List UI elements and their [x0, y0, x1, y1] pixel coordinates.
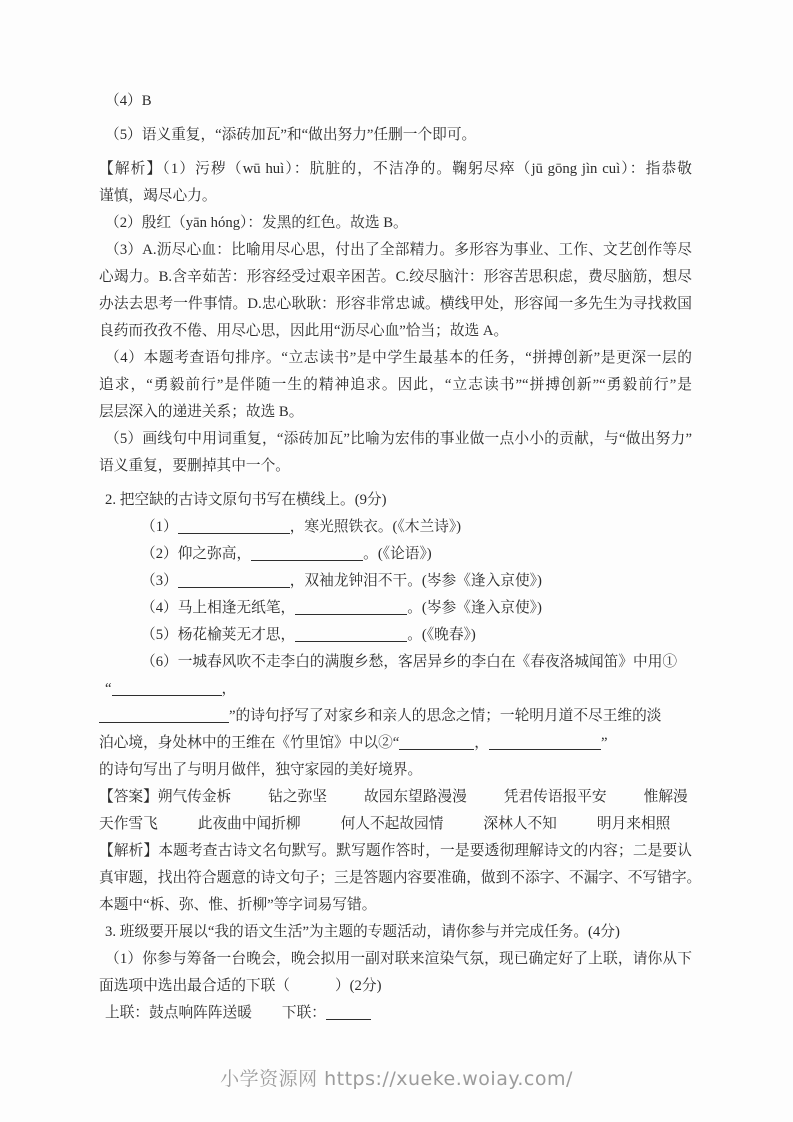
text-segment: 天作雪飞 — [99, 816, 158, 832]
text-line: ”的诗句抒写了对家乡和亲人的思念之情；一轮明月道不尽王维的淡 — [99, 703, 692, 730]
text-segment: 。(岑参《逢入京使》) — [407, 600, 542, 616]
text-line: （3）A.沥尽心血：比喻用尽心思，付出了全部精力。多形容为事业、工作、文艺创作等… — [99, 237, 692, 264]
spacing-gap — [252, 1016, 282, 1017]
text-line: 【解析】本题考查古诗文名句默写。默写题作答时，一是要透彻理解诗文的内容；二是要认 — [99, 838, 692, 865]
text-segment: ” — [601, 735, 608, 751]
text-line: （5）杨花榆荚无才思，。(《晚春》) — [99, 622, 692, 649]
text-segment: （4）本题考查语句排序。“立志读书”是中学生最基本的任务，“拼搏创新”是更深一层… — [105, 350, 692, 366]
text-line: （2）仰之弥高，。(《论语》) — [99, 541, 692, 568]
text-segment: 良药而孜孜不倦、用尽心思，因此用“沥尽心血”恰当；故选 A。 — [99, 323, 508, 339]
text-segment: 层层深入的递进关系；故选 B。 — [99, 404, 303, 420]
text-segment: 凭君传语报平安 — [504, 789, 607, 805]
text-line: 办法去思考一件事情。D.忠心耿耿：形容非常忠诚。横线甲处，形容闻一多先生为寻找救… — [99, 291, 692, 318]
text-segment: （5）杨花榆荚无才思， — [141, 627, 295, 643]
text-segment: （6）一城春风吹不走李白的满腹乡愁，客居异乡的李白在《春夜洛城闻笛》中用① — [141, 654, 677, 670]
text-line: 【答案】朔气传金柝钻之弥坚故园东望路漫漫凭君传语报平安惟解漫 — [99, 784, 692, 811]
answer-blank[interactable] — [178, 574, 290, 588]
text-line: （5）语义重复，“添砖加瓦”和“做出努力”任删一个即可。 — [99, 122, 692, 149]
text-line: （3），双袖龙钟泪不干。(岑参《逢入京使》) — [99, 568, 692, 595]
text-segment: （3）A.沥尽心血：比喻用尽心思，付出了全部精力。多形容为事业、工作、文艺创作等… — [105, 242, 692, 258]
text-segment: 泊心境，身处林中的王维在《竹里馆》中以②“ — [99, 735, 399, 751]
text-line: （1），寒光照铁衣。(《木兰诗》) — [99, 514, 692, 541]
text-segment: （4）B — [105, 93, 152, 109]
text-segment: 下联： — [282, 1005, 326, 1021]
text-line: 【解析】（1）污秽（wū huì）：肮脏的，不洁净的。鞠躬尽瘁（jū gōng … — [99, 156, 692, 183]
watermark-footer: 小学资源网 https://xueke.woiay.com/ — [0, 1064, 793, 1091]
spacing-gap — [158, 827, 198, 828]
text-line: （1）你参与筹备一台晚会，晚会拟用一副对联来渲染气氛，现已确定好了上联，请你从下 — [99, 946, 692, 973]
text-line: 层层深入的递进关系；故选 B。 — [99, 399, 692, 426]
text-line: “， — [99, 676, 692, 703]
text-segment: ，寒光照铁衣。(《木兰诗》) — [290, 519, 461, 535]
text-line: （4）本题考查语句排序。“立志读书”是中学生最基本的任务，“拼搏创新”是更深一层… — [99, 345, 692, 372]
answer-blank[interactable] — [295, 601, 407, 615]
answer-blank[interactable] — [112, 682, 222, 696]
text-segment: （3） — [141, 573, 178, 589]
text-segment: ， — [222, 681, 237, 697]
text-segment: 谨慎，竭尽心力。 — [99, 188, 217, 204]
text-segment: 2. 把空缺的古诗文原句书写在横线上。(9分) — [105, 492, 387, 508]
answer-blank[interactable] — [178, 520, 290, 534]
spacing-gap — [327, 800, 364, 801]
text-segment: ，双袖龙钟泪不干。(岑参《逢入京使》) — [290, 573, 542, 589]
answer-blank[interactable] — [99, 709, 229, 723]
text-segment: （4）马上相逢无纸笔， — [141, 600, 295, 616]
text-line: 谨慎，竭尽心力。 — [99, 183, 692, 210]
spacing-gap — [290, 989, 335, 990]
answer-blank[interactable] — [489, 736, 601, 750]
text-segment: （2）殷红（yān hóng）：发黑的红色。故选 B。 — [105, 215, 408, 231]
text-segment: （1）你参与筹备一台晚会，晚会拟用一副对联来渲染气氛，现已确定好了上联，请你从下 — [105, 951, 692, 967]
text-segment: ， — [474, 735, 489, 751]
text-line: 天作雪飞此夜曲中闻折柳何人不起故园情深林人不知明月来相照 — [99, 811, 692, 838]
exam-answer-page: （4）B（5）语义重复，“添砖加瓦”和“做出努力”任删一个即可。【解析】（1）污… — [0, 0, 793, 1122]
text-segment: 深林人不知 — [483, 816, 556, 832]
text-segment: 何人不起故园情 — [341, 816, 444, 832]
spacing-gap — [557, 827, 597, 828]
text-segment: 惟解漫 — [644, 789, 688, 805]
text-segment: （1） — [141, 519, 178, 535]
text-line: 语义重复，要删掉其中一个。 — [99, 453, 692, 480]
text-segment: 真审题，找出符合题意的诗文句子；三是答题内容要准确，做到不添字、不漏字、不写错字… — [99, 870, 701, 886]
text-segment: ”的诗句抒写了对家乡和亲人的思念之情；一轮明月道不尽王维的淡 — [229, 708, 661, 724]
text-segment: 。(《论语》) — [363, 546, 432, 562]
spacing-gap — [467, 800, 504, 801]
spacing-gap — [607, 800, 644, 801]
answer-blank[interactable] — [251, 547, 363, 561]
text-line: （4）B — [99, 88, 692, 115]
spacing-gap — [443, 827, 483, 828]
text-line: （6）一城春风吹不走李白的满腹乡愁，客居异乡的李白在《春夜洛城闻笛》中用① — [99, 649, 692, 676]
text-segment: 办法去思考一件事情。D.忠心耿耿：形容非常忠诚。横线甲处，形容闻一多先生为寻找救… — [99, 296, 692, 312]
text-segment: 。(《晚春》) — [407, 627, 476, 643]
text-segment: 面选项中选出最合适的下联（ — [99, 978, 290, 994]
text-line: （2）殷红（yān hóng）：发黑的红色。故选 B。 — [99, 210, 692, 237]
text-segment: ）(2分) — [335, 978, 382, 994]
text-segment: 3. 班级要开展以“我的语文生活”为主题的专题活动，请你参与并完成任务。(4分) — [105, 924, 620, 940]
text-line: 的诗句写出了与明月做伴，独守家园的美好境界。 — [99, 757, 692, 784]
spacing-gap — [231, 800, 268, 801]
text-line: （4）马上相逢无纸笔，。(岑参《逢入京使》) — [99, 595, 692, 622]
text-segment: 的诗句写出了与明月做伴，独守家园的美好境界。 — [99, 762, 422, 778]
text-line: 心竭力。B.含辛茹苦：形容经受过艰辛困苦。C.绞尽脑汁：形容苦思积虑，费尽脑筋，… — [99, 264, 692, 291]
text-segment: （5）语义重复，“添砖加瓦”和“做出努力”任删一个即可。 — [105, 127, 476, 143]
text-segment: 本题中“柝、弥、惟、折柳”等字词易写错。 — [99, 897, 376, 913]
text-segment: （5）画线句中用词重复，“添砖加瓦”比喻为宏伟的事业做一点小小的贡献，与“做出努… — [105, 431, 692, 447]
text-line: （5）画线句中用词重复，“添砖加瓦”比喻为宏伟的事业做一点小小的贡献，与“做出努… — [99, 426, 692, 453]
text-segment: 心竭力。B.含辛茹苦：形容经受过艰辛困苦。C.绞尽脑汁：形容苦思积虑，费尽脑筋，… — [99, 269, 692, 285]
text-line: 良药而孜孜不倦、用尽心思，因此用“沥尽心血”恰当；故选 A。 — [99, 318, 692, 345]
text-line: 3. 班级要开展以“我的语文生活”为主题的专题活动，请你参与并完成任务。(4分) — [99, 919, 692, 946]
text-segment: 【答案】朔气传金柝 — [99, 789, 231, 805]
text-line: 上联：鼓点响阵阵送暖下联： — [99, 1000, 692, 1027]
text-segment: 明月来相照 — [597, 816, 670, 832]
text-segment: 语义重复，要删掉其中一个。 — [99, 458, 290, 474]
answer-blank[interactable] — [326, 1006, 371, 1020]
text-segment: （2）仰之弥高， — [141, 546, 251, 562]
text-segment: 此夜曲中闻折柳 — [198, 816, 301, 832]
text-segment: 故园东望路漫漫 — [364, 789, 467, 805]
text-segment: 【解析】本题考查古诗文名句默写。默写题作答时，一是要透彻理解诗文的内容；二是要认 — [99, 843, 692, 859]
spacing-gap — [301, 827, 341, 828]
answer-blank[interactable] — [399, 736, 474, 750]
text-line: 面选项中选出最合适的下联（）(2分) — [99, 973, 692, 1000]
text-segment: 【解析】（1）污秽（wū huì）：肮脏的，不洁净的。鞠躬尽瘁（jū gōng … — [99, 161, 692, 177]
text-segment: 追求，“勇毅前行”是伴随一生的精神追求。因此，“立志读书”“拼搏创新”“勇毅前行… — [99, 377, 692, 393]
text-segment: 钻之弥坚 — [268, 789, 327, 805]
text-line: 本题中“柝、弥、惟、折柳”等字词易写错。 — [99, 892, 692, 919]
text-segment: 上联：鼓点响阵阵送暖 — [105, 1005, 252, 1021]
text-line: 泊心境，身处林中的王维在《竹里馆》中以②“，” — [99, 730, 692, 757]
answer-blank[interactable] — [295, 628, 407, 642]
text-line: 真审题，找出符合题意的诗文句子；三是答题内容要准确，做到不添字、不漏字、不写错字… — [99, 865, 692, 892]
text-line: 追求，“勇毅前行”是伴随一生的精神追求。因此，“立志读书”“拼搏创新”“勇毅前行… — [99, 372, 692, 399]
document-lines: （4）B（5）语义重复，“添砖加瓦”和“做出努力”任删一个即可。【解析】（1）污… — [99, 88, 692, 1027]
text-line: 2. 把空缺的古诗文原句书写在横线上。(9分) — [99, 487, 692, 514]
